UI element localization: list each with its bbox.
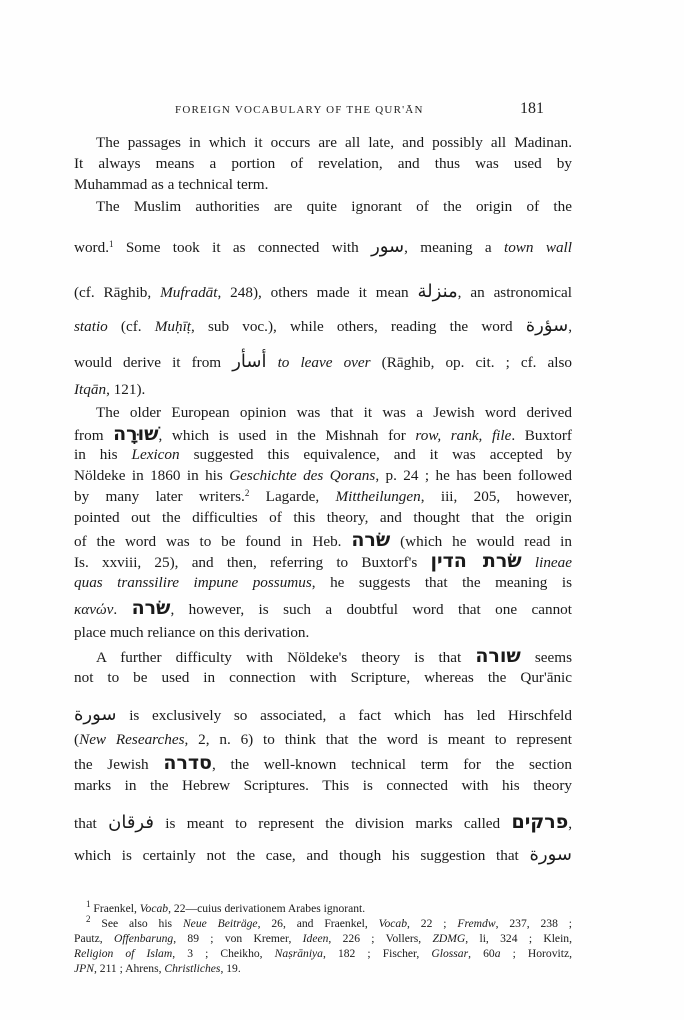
text-run (266, 354, 277, 371)
text-run: , the well-known technical term for the … (212, 756, 572, 773)
text-run: would derive it from (74, 354, 232, 371)
italic-text: Religion of Islam (74, 947, 172, 960)
text-run: The Muslim authorities are quite ignoran… (96, 198, 572, 215)
text-run: , 2, n. 6) to think that the word is mea… (185, 731, 573, 748)
body-line: would derive it from أسأر to leave over … (74, 353, 572, 372)
body-line: place much reliance on this derivation. (74, 624, 572, 642)
text-run: , 182 ; Fischer, (323, 947, 431, 960)
text-run: , sub voc.), while others, reading the w… (191, 318, 526, 335)
body-line: of the word was to be found in Heb. שׂרה… (74, 531, 572, 551)
body-line: The passages in which it occurs are all … (96, 134, 572, 152)
text-run: Muhammad as a technical term. (74, 176, 268, 193)
text-run: is meant to represent the division marks… (154, 815, 512, 832)
hebrew-word: שׁוּרָה (113, 423, 158, 445)
text-run: (cf. Rāghib, (74, 284, 160, 301)
body-line: (cf. Rāghib, Mufradāt, 248), others made… (74, 283, 572, 302)
text-run: from (74, 427, 113, 444)
body-line: word.1 Some took it as connected with سو… (74, 238, 572, 257)
body-line: It always means a portion of revelation,… (74, 155, 572, 173)
text-run: in his (74, 446, 132, 463)
footnote-line: Religion of Islam, 3 ; Cheikho, Naṣrāniy… (74, 947, 572, 961)
text-run: , p. 24 ; he has been followed (375, 467, 572, 484)
body-line: κανών. שׂרה, however, is such a doubtful… (74, 599, 572, 619)
text-run: Fraenkel, (91, 902, 140, 915)
text-run: not to be used in connection with Script… (74, 669, 572, 686)
text-run: pointed out the difficulties of this the… (74, 509, 572, 526)
arabic-word: أسأر (232, 351, 266, 372)
body-line: quas transsilire impune possumus, he sug… (74, 574, 572, 592)
body-line: A further difficulty with Nöldeke's theo… (96, 647, 572, 667)
book-page: Foreign Vocabulary of the Qur'ān 181 The… (0, 0, 684, 1020)
italic-text: town wall (504, 239, 572, 256)
text-run: is exclusively so associated, a fact whi… (117, 707, 572, 724)
text-run: , he suggests that the meaning is (312, 574, 572, 591)
text-run: , (568, 815, 572, 832)
italic-text: Naṣrāniya (275, 947, 323, 960)
text-run: by many later writers. (74, 488, 245, 505)
text-run: , 26, and Fraenkel, (258, 917, 379, 930)
text-run: , meaning a (404, 239, 504, 256)
italic-text: ZDMG (432, 932, 465, 945)
body-line: not to be used in connection with Script… (74, 669, 572, 687)
italic-text: Vocab (140, 902, 168, 915)
body-line: the Jewish סדרה, the well-known technica… (74, 754, 572, 774)
footnote-line: 1 Fraenkel, Vocab, 22—cuius derivationem… (86, 902, 572, 916)
text-run: ; Horovitz, (501, 947, 573, 960)
italic-text: Vocab (379, 917, 407, 930)
hebrew-word: שׂרה (132, 597, 171, 619)
italic-text: lineae (535, 554, 572, 571)
italic-text: to leave over (278, 354, 371, 371)
text-run: seems (521, 649, 572, 666)
text-run: , li, 324 ; Klein, (465, 932, 572, 945)
text-run: , 248), others made it mean (217, 284, 417, 301)
text-run: place much reliance on this derivation. (74, 624, 309, 641)
body-line: by many later writers.2 Lagarde, Mitthei… (74, 488, 572, 506)
text-run: , iii, 205, however, (421, 488, 572, 505)
arabic-word: سورة (74, 704, 117, 725)
text-run: Lagarde, (249, 488, 335, 505)
text-run: suggested this equivalence, and it was a… (180, 446, 572, 463)
body-line: Itqān, 121). (74, 381, 572, 399)
footnote-line: JPN, 211 ; Ahrens, Christliches, 19. (74, 962, 572, 976)
text-run: . Buxtorf (511, 427, 572, 444)
body-line: pointed out the difficulties of this the… (74, 509, 572, 527)
italic-text: Mittheilungen (336, 488, 421, 505)
body-line: Muhammad as a technical term. (74, 176, 572, 194)
body-line: which is certainly not the case, and tho… (74, 846, 572, 865)
running-head: Foreign Vocabulary of the Qur'ān (175, 104, 424, 116)
body-line: in his Lexicon suggested this equivalenc… (74, 446, 572, 464)
body-line: The Muslim authorities are quite ignoran… (96, 198, 572, 216)
text-run: , however, is such a doubtful word that … (170, 601, 572, 618)
hebrew-word: שורה (475, 645, 520, 667)
page-number: 181 (520, 100, 544, 118)
italic-text: Offenbarung (114, 932, 173, 945)
italic-text: Neue Beiträge (183, 917, 258, 930)
text-run: Pautz, (74, 932, 114, 945)
text-run: , 60 (468, 947, 495, 960)
text-run: the Jewish (74, 756, 163, 773)
text-run: of the word was to be found in Heb. (74, 533, 351, 550)
hebrew-word: שׂרה (351, 529, 390, 551)
italic-text: JPN (74, 962, 94, 975)
italic-text: Lexicon (132, 446, 180, 463)
body-line: Is. xxviii, 25), and then, referring to … (74, 552, 572, 572)
body-line: marks in the Hebrew Scriptures. This is … (74, 777, 572, 795)
italic-text: statio (74, 318, 108, 335)
text-run: , an astronomical (458, 284, 572, 301)
arabic-word: سورة (529, 844, 572, 865)
italic-text: New Researches (79, 731, 184, 748)
italic-text: Christliches (164, 962, 220, 975)
body-line: statio (cf. Muḥīṭ, sub voc.), while othe… (74, 317, 572, 336)
arabic-word: منزلة (418, 281, 458, 302)
body-line: Nöldeke in 1860 in his Geschichte des Qo… (74, 467, 572, 485)
text-run: Is. xxviii, 25), and then, referring to … (74, 554, 430, 571)
text-run (522, 554, 535, 571)
text-run: Nöldeke in 1860 in his (74, 467, 229, 484)
greek-word: κανών (74, 601, 113, 618)
italic-text: row, rank, file (415, 427, 511, 444)
text-run: The older European opinion was that it w… (96, 404, 572, 421)
arabic-word: سؤرة (526, 315, 569, 336)
body-line: from שׁוּרָה, which is used in the Mishn… (74, 425, 572, 445)
text-run: , 237, 238 ; (496, 917, 572, 930)
body-line: (New Researches, 2, n. 6) to think that … (74, 731, 572, 749)
text-run: It always means a portion of revelation,… (74, 155, 572, 172)
text-run: The passages in which it occurs are all … (96, 134, 572, 151)
italic-text: Itqān (74, 381, 106, 398)
text-run: , which is used in the Mishnah for (159, 427, 416, 444)
text-run: (which he would read in (390, 533, 572, 550)
text-run: , (568, 318, 572, 335)
text-run: word. (74, 239, 109, 256)
text-run: A further difficulty with Nöldeke's theo… (96, 649, 475, 666)
body-line: سورة is exclusively so associated, a fac… (74, 706, 572, 725)
text-run: marks in the Hebrew Scriptures. This is … (74, 777, 572, 794)
text-run: Some took it as connected with (114, 239, 372, 256)
italic-text: Ideen (303, 932, 329, 945)
italic-text: Muḥīṭ (155, 318, 191, 335)
text-run: , 211 ; Ahrens, (94, 962, 164, 975)
text-run: which is certainly not the case, and tho… (74, 847, 529, 864)
arabic-word: سور (371, 236, 404, 257)
body-line: that فرقان is meant to represent the div… (74, 813, 572, 833)
hebrew-word: סדרה (163, 752, 212, 774)
footnote-line: 2 See also his Neue Beiträge, 26, and Fr… (86, 917, 572, 931)
text-run: (cf. (108, 318, 155, 335)
text-run: , 226 ; Vollers, (328, 932, 432, 945)
text-run: , 121). (106, 381, 145, 398)
hebrew-word: פרקים (511, 811, 568, 833)
text-run: that (74, 815, 108, 832)
text-run: , 3 ; Cheikho, (172, 947, 274, 960)
italic-text: Mufradāt (160, 284, 217, 301)
italic-text: Geschichte des Qorans (229, 467, 375, 484)
arabic-word: فرقان (108, 812, 154, 833)
italic-text: Glossar (431, 947, 468, 960)
hebrew-word: שׂרת הדין (430, 550, 521, 572)
footnote-line: Pautz, Offenbarung, 89 ; von Kremer, Ide… (74, 932, 572, 946)
text-run: . (113, 601, 131, 618)
text-run: (Rāghib, op. cit. ; cf. also (371, 354, 572, 371)
text-run: , 22—cuius derivationem Arabes ignorant. (168, 902, 365, 915)
body-line: The older European opinion was that it w… (96, 404, 572, 422)
text-run: See also his (91, 917, 183, 930)
text-run: , 22 ; (407, 917, 457, 930)
text-run: , 89 ; von Kremer, (173, 932, 302, 945)
text-run: , 19. (220, 962, 240, 975)
italic-text: Fremdw (457, 917, 495, 930)
italic-text: quas transsilire impune possumus (74, 574, 312, 591)
